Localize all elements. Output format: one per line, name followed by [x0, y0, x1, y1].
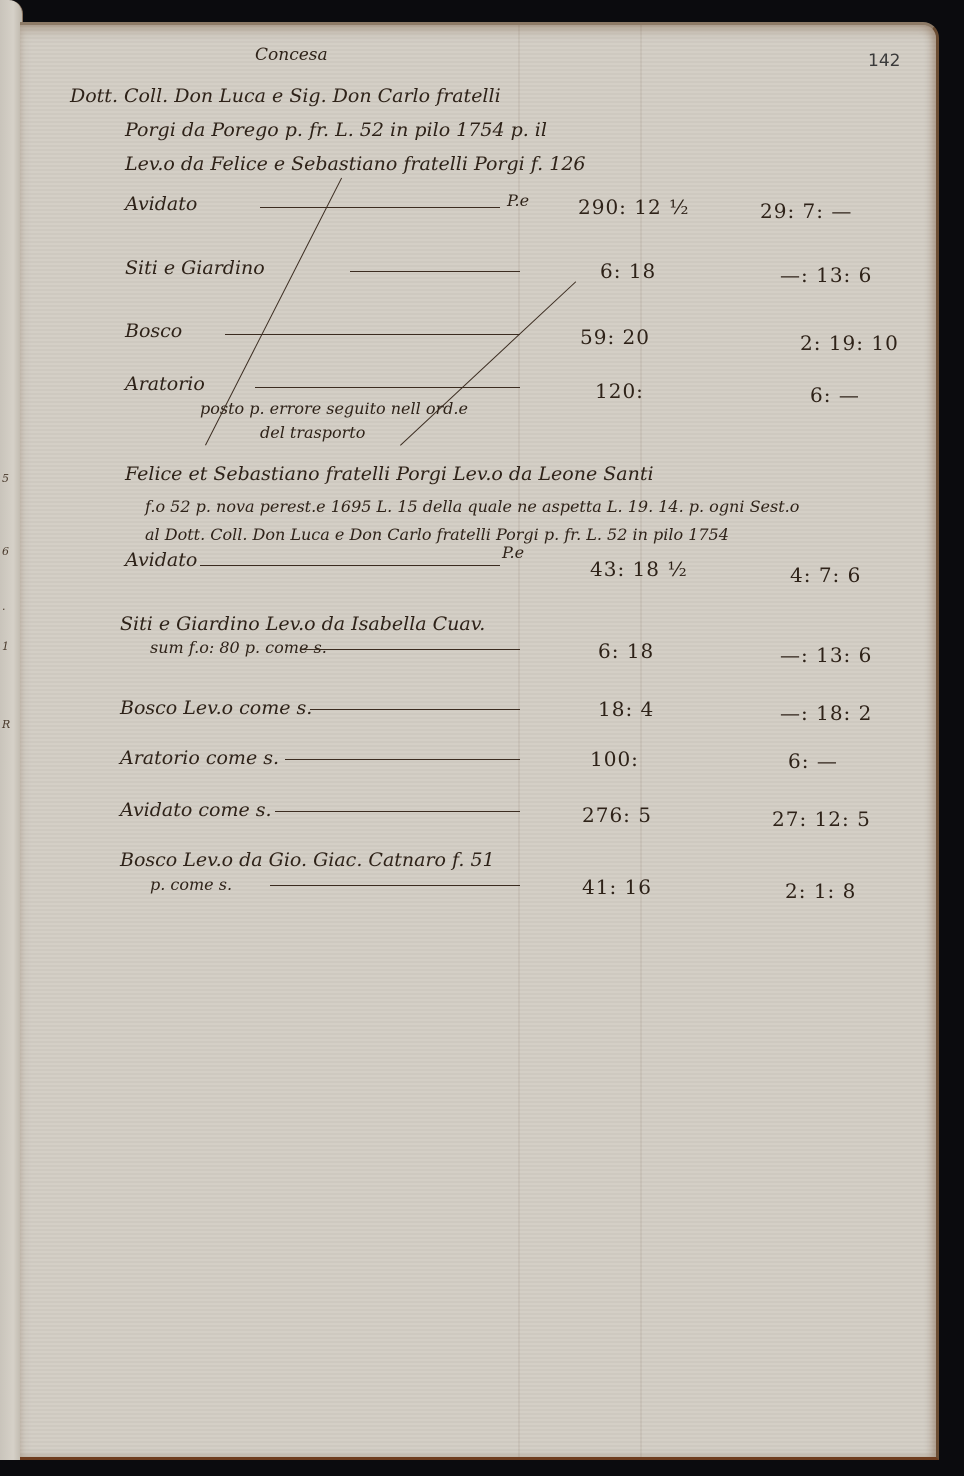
manuscript-page: 142 Concesa Dott. Coll. Don Luca e Sig. …	[20, 22, 939, 1460]
note-line: del trasporto	[260, 425, 365, 441]
entry-qty: 100:	[590, 749, 639, 769]
margin-mark: 1	[2, 640, 9, 653]
margin-mark: R	[2, 718, 10, 731]
intro-line: Porgi da Porego p. fr. L. 52 in pilo 175…	[125, 121, 547, 140]
leader-line	[260, 207, 500, 208]
entry-label: Avidato	[125, 551, 197, 570]
entry-value: —: 13: 6	[780, 645, 872, 665]
leader-line	[350, 271, 520, 272]
entry-qty: 276: 5	[582, 805, 652, 825]
entry-label: Bosco Lev.o da Gio. Giac. Catnaro f. 51	[120, 851, 495, 870]
section-heading: Concesa	[255, 47, 328, 64]
entry-value: 6: —	[810, 385, 860, 405]
unit-label: P.e	[507, 193, 529, 209]
entry-qty: 120:	[595, 381, 644, 401]
entry-label: Aratorio	[125, 375, 205, 394]
entry-qty: 59: 20	[580, 327, 650, 347]
entry-value: 27: 12: 5	[772, 809, 871, 829]
entry-qty: 6: 18	[600, 261, 656, 281]
entry-label: Aratorio come s.	[120, 749, 279, 768]
margin-mark: 5	[2, 472, 9, 485]
entry-value: —: 13: 6	[780, 265, 872, 285]
leader-line	[285, 759, 520, 760]
leader-line	[300, 649, 520, 650]
margin-mark: 6	[2, 545, 9, 558]
entry-qty: 290: 12 ½	[578, 197, 689, 217]
entry-value: 2: 19: 10	[800, 333, 899, 353]
intro-line: Felice et Sebastiano fratelli Porgi Lev.…	[125, 465, 654, 484]
entry-qty: 43: 18 ½	[590, 559, 688, 579]
entry-label-cont: sum f.o: 80 p. come s.	[150, 640, 327, 656]
entry-label: Avidato	[125, 195, 197, 214]
cancel-stroke	[400, 281, 576, 445]
entry-value: —: 18: 2	[780, 703, 872, 723]
entry-label: Avidato come s.	[120, 801, 272, 820]
entry-label: Bosco	[125, 322, 182, 341]
intro-line: al Dott. Coll. Don Luca e Don Carlo frat…	[145, 527, 729, 543]
entry-value: 6: —	[788, 751, 838, 771]
leader-line	[200, 565, 500, 566]
entry-qty: 6: 18	[598, 641, 654, 661]
note-line: posto p. errore seguito nell ord.e	[200, 401, 468, 417]
entry-label: Siti e Giardino	[125, 259, 265, 278]
entry-label: Bosco Lev.o come s.	[120, 699, 312, 718]
entry-qty: 18: 4	[598, 699, 654, 719]
intro-line: Dott. Coll. Don Luca e Sig. Don Carlo fr…	[70, 87, 501, 106]
intro-line: Lev.o da Felice e Sebastiano fratelli Po…	[125, 155, 586, 174]
folio-number: 142	[868, 53, 900, 70]
margin-mark: .	[2, 600, 6, 613]
entry-label: Siti e Giardino Lev.o da Isabella Cuav.	[120, 615, 485, 634]
leader-line	[310, 709, 520, 710]
entry-value: 29: 7: —	[760, 201, 852, 221]
leader-line	[275, 811, 520, 812]
leader-line	[270, 885, 520, 886]
entry-value: 2: 1: 8	[785, 881, 856, 901]
leader-line	[255, 387, 520, 388]
entry-qty: 41: 16	[582, 877, 652, 897]
leader-line	[225, 334, 520, 335]
intro-line: f.o 52 p. nova perest.e 1695 L. 15 della…	[145, 499, 799, 515]
unit-label: P.e	[502, 545, 524, 561]
entry-label-cont: p. come s.	[150, 877, 232, 893]
entry-value: 4: 7: 6	[790, 565, 861, 585]
